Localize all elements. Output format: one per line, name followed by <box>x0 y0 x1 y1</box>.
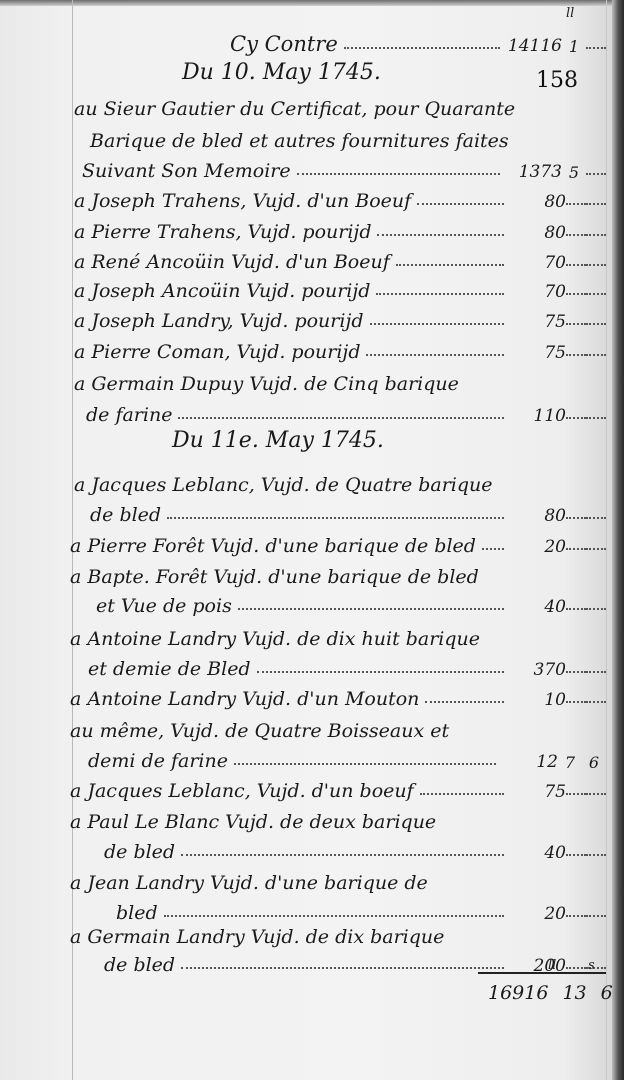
amount-livres: 75 <box>508 343 566 363</box>
entry-line: a Jacques Leblanc, Vujd. d'un boeuf 75 <box>70 772 606 802</box>
amount-livres: 20 <box>508 537 566 557</box>
amount-livres: 70 <box>508 282 566 302</box>
sous-dash <box>566 967 586 969</box>
carried-forward-sous: 1 <box>562 37 586 56</box>
entry-line: a Jean Landry Vujd. d'une barique de <box>70 864 606 894</box>
sous-dash <box>566 517 586 519</box>
leader-dots <box>234 763 496 765</box>
entry-line: a Jacques Leblanc, Vujd. de Quatre bariq… <box>74 466 606 496</box>
scan-top-shadow <box>0 0 624 6</box>
deniers-dash <box>586 264 606 266</box>
ledger-page: ll Cy Contre 14116 1 158 Du 10. May 1745… <box>0 0 612 1080</box>
deniers-dash <box>586 323 606 325</box>
carried-forward-deniers-dash <box>586 47 606 49</box>
amount-livres: 40 <box>508 843 566 863</box>
amount-livres: 12 <box>500 752 558 772</box>
entry-text: a Jacques Leblanc, Vujd. de Quatre bariq… <box>74 474 493 496</box>
leader-dots <box>482 548 504 550</box>
entry-line: a Germain Dupuy Vujd. de Cinq barique <box>74 365 606 395</box>
deniers-dash <box>586 234 606 236</box>
entry-text: a Joseph Trahens, Vujd. d'un Boeuf <box>74 190 411 212</box>
entry-line: de farine 110 <box>86 396 606 426</box>
entry-line: a Antoine Landry Vujd. de dix huit bariq… <box>70 620 606 650</box>
sous-dash <box>566 701 586 703</box>
leader-dots <box>178 417 504 419</box>
entry-line: Suivant Son Memoire 1373 5 <box>82 152 606 182</box>
book-spine-edge <box>612 0 624 1080</box>
amount-livres: 80 <box>508 223 566 243</box>
deniers-dash <box>586 354 606 356</box>
leader-dots <box>417 203 504 205</box>
deniers-dash <box>586 701 606 703</box>
entry-text: a Jacques Leblanc, Vujd. d'un boeuf <box>70 780 414 802</box>
carried-forward-livres: 14116 <box>504 36 562 56</box>
leader-dots <box>167 517 504 519</box>
sous-dash <box>566 323 586 325</box>
page-total: 16916 13 6 <box>488 982 613 1004</box>
entry-text: a Jean Landry Vujd. d'une barique de <box>70 872 428 894</box>
entry-text: a Paul Le Blanc Vujd. de deux barique <box>70 811 436 833</box>
livres-column-mark: ll <box>566 6 574 21</box>
entry-line: a Pierre Forêt Vujd. d'une barique de bl… <box>70 527 606 557</box>
leader-dots <box>425 701 504 703</box>
entry-line: a Joseph Ancoüin Vujd. pourijd 70 <box>74 272 606 302</box>
amount-livres: 80 <box>508 192 566 212</box>
leader-dots <box>257 671 504 673</box>
sous-dash <box>566 548 586 550</box>
sous-dash <box>566 793 586 795</box>
entry-text: a Antoine Landry Vujd. d'un Mouton <box>70 688 419 710</box>
deniers-dash <box>586 517 606 519</box>
entry-line: de bled 40 <box>104 833 606 863</box>
leader-dots <box>181 854 504 856</box>
amount-livres: 75 <box>508 312 566 332</box>
entry-text: a Germain Landry Vujd. de dix barique <box>70 926 444 948</box>
leader-dots <box>366 354 504 356</box>
sous-dash <box>566 293 586 295</box>
amount-livres: 40 <box>508 597 566 617</box>
leader-dots <box>344 47 500 49</box>
leader-dots <box>377 234 504 236</box>
entry-text: Barique de bled et autres fournitures fa… <box>90 130 509 152</box>
leader-dots <box>297 173 500 175</box>
entry-line: a Pierre Trahens, Vujd. pourijd 80 <box>74 213 606 243</box>
deniers-dash <box>586 915 606 917</box>
leader-dots <box>420 793 504 795</box>
amount-livres: 75 <box>508 782 566 802</box>
entry-text: de bled <box>104 954 175 976</box>
entry-line: a Paul Le Blanc Vujd. de deux barique <box>70 803 606 833</box>
entry-text: au Sieur Gautier du Certificat, pour Qua… <box>74 98 515 120</box>
amount-livres: 80 <box>508 506 566 526</box>
entry-text: au même, Vujd. de Quatre Boisseaux et <box>70 720 449 742</box>
entry-text: a Germain Dupuy Vujd. de Cinq barique <box>74 373 459 395</box>
amount-sous: 5 <box>562 163 586 182</box>
date-heading-1: Du 10. May 1745. <box>182 60 381 85</box>
leader-dots <box>370 323 505 325</box>
carried-forward-label: Cy Contre <box>230 32 338 56</box>
date-heading-2: Du 11e. May 1745. <box>172 428 384 453</box>
sous-dash <box>566 203 586 205</box>
entry-text: a Joseph Ancoüin Vujd. pourijd <box>74 280 370 302</box>
total-livres: 16916 <box>488 982 548 1004</box>
carried-forward-line: Cy Contre 14116 1 <box>230 26 606 56</box>
total-deniers: 6 <box>601 982 613 1004</box>
entry-line: au même, Vujd. de Quatre Boisseaux et <box>70 712 606 742</box>
deniers-dash <box>586 417 606 419</box>
sous-dash <box>566 417 586 419</box>
entry-text: a Pierre Coman, Vujd. pourijd <box>74 341 360 363</box>
leader-dots <box>396 264 504 266</box>
right-margin-rule <box>606 0 607 1080</box>
total-sous-deniers-mark: s <box>588 958 595 973</box>
entry-line: et Vue de pois 40 <box>96 587 606 617</box>
amount-livres: 370 <box>508 660 566 680</box>
entry-text: a Pierre Trahens, Vujd. pourijd <box>74 221 371 243</box>
deniers-dash <box>586 293 606 295</box>
deniers-dash <box>586 793 606 795</box>
entry-text: a René Ancoüin Vujd. d'un Boeuf <box>74 251 390 273</box>
entry-line: a Joseph Trahens, Vujd. d'un Boeuf 80 <box>74 182 606 212</box>
entry-line: a Antoine Landry Vujd. d'un Mouton 10 <box>70 680 606 710</box>
sous-dash <box>566 854 586 856</box>
entry-line: a Pierre Coman, Vujd. pourijd 75 <box>74 333 606 363</box>
amount-deniers: 6 <box>582 753 606 772</box>
entry-line: Barique de bled et autres fournitures fa… <box>90 122 606 152</box>
leader-dots <box>164 915 504 917</box>
entry-line: a Joseph Landry, Vujd. pourijd 75 <box>74 302 606 332</box>
sous-dash <box>566 234 586 236</box>
entry-line: a Bapte. Forêt Vujd. d'une barique de bl… <box>70 558 606 588</box>
entry-text: a Antoine Landry Vujd. de dix huit bariq… <box>70 628 480 650</box>
sous-dash <box>566 354 586 356</box>
entry-text: a Bapte. Forêt Vujd. d'une barique de bl… <box>70 566 479 588</box>
entry-text: Suivant Son Memoire <box>82 160 291 182</box>
leader-dots <box>238 608 504 610</box>
entry-line: de bled 80 <box>90 496 606 526</box>
amount-livres: 70 <box>508 253 566 273</box>
deniers-dash <box>586 548 606 550</box>
amount-livres: 10 <box>508 690 566 710</box>
entry-line: et demie de Bled 370 <box>88 650 606 680</box>
deniers-dash <box>586 173 606 175</box>
amount-sous: 7 <box>558 753 582 772</box>
amount-livres: 1373 <box>504 162 562 182</box>
sous-dash <box>566 608 586 610</box>
deniers-dash <box>586 608 606 610</box>
amount-livres: 110 <box>508 406 566 426</box>
total-rule <box>478 972 606 974</box>
entry-text: de farine <box>86 404 172 426</box>
deniers-dash <box>586 203 606 205</box>
entry-text: de bled <box>90 504 161 526</box>
total-livres-mark: ll <box>548 958 556 973</box>
entry-text: et Vue de pois <box>96 595 232 617</box>
entry-line: demi de farine 12 7 6 <box>88 742 606 772</box>
total-sous: 13 <box>562 982 586 1004</box>
entry-text: a Pierre Forêt Vujd. d'une barique de bl… <box>70 535 476 557</box>
leader-dots <box>181 967 504 969</box>
entry-line: a Germain Landry Vujd. de dix barique <box>70 918 606 948</box>
sous-dash <box>566 915 586 917</box>
entry-text: de bled <box>104 841 175 863</box>
entry-text: et demie de Bled <box>88 658 251 680</box>
deniers-dash <box>586 671 606 673</box>
entry-line: au Sieur Gautier du Certificat, pour Qua… <box>74 90 606 120</box>
entry-line: a René Ancoüin Vujd. d'un Boeuf 70 <box>74 243 606 273</box>
leader-dots <box>376 293 504 295</box>
entry-text: a Joseph Landry, Vujd. pourijd <box>74 310 364 332</box>
deniers-dash <box>586 854 606 856</box>
sous-dash <box>566 671 586 673</box>
sous-dash <box>566 264 586 266</box>
entry-text: demi de farine <box>88 750 228 772</box>
